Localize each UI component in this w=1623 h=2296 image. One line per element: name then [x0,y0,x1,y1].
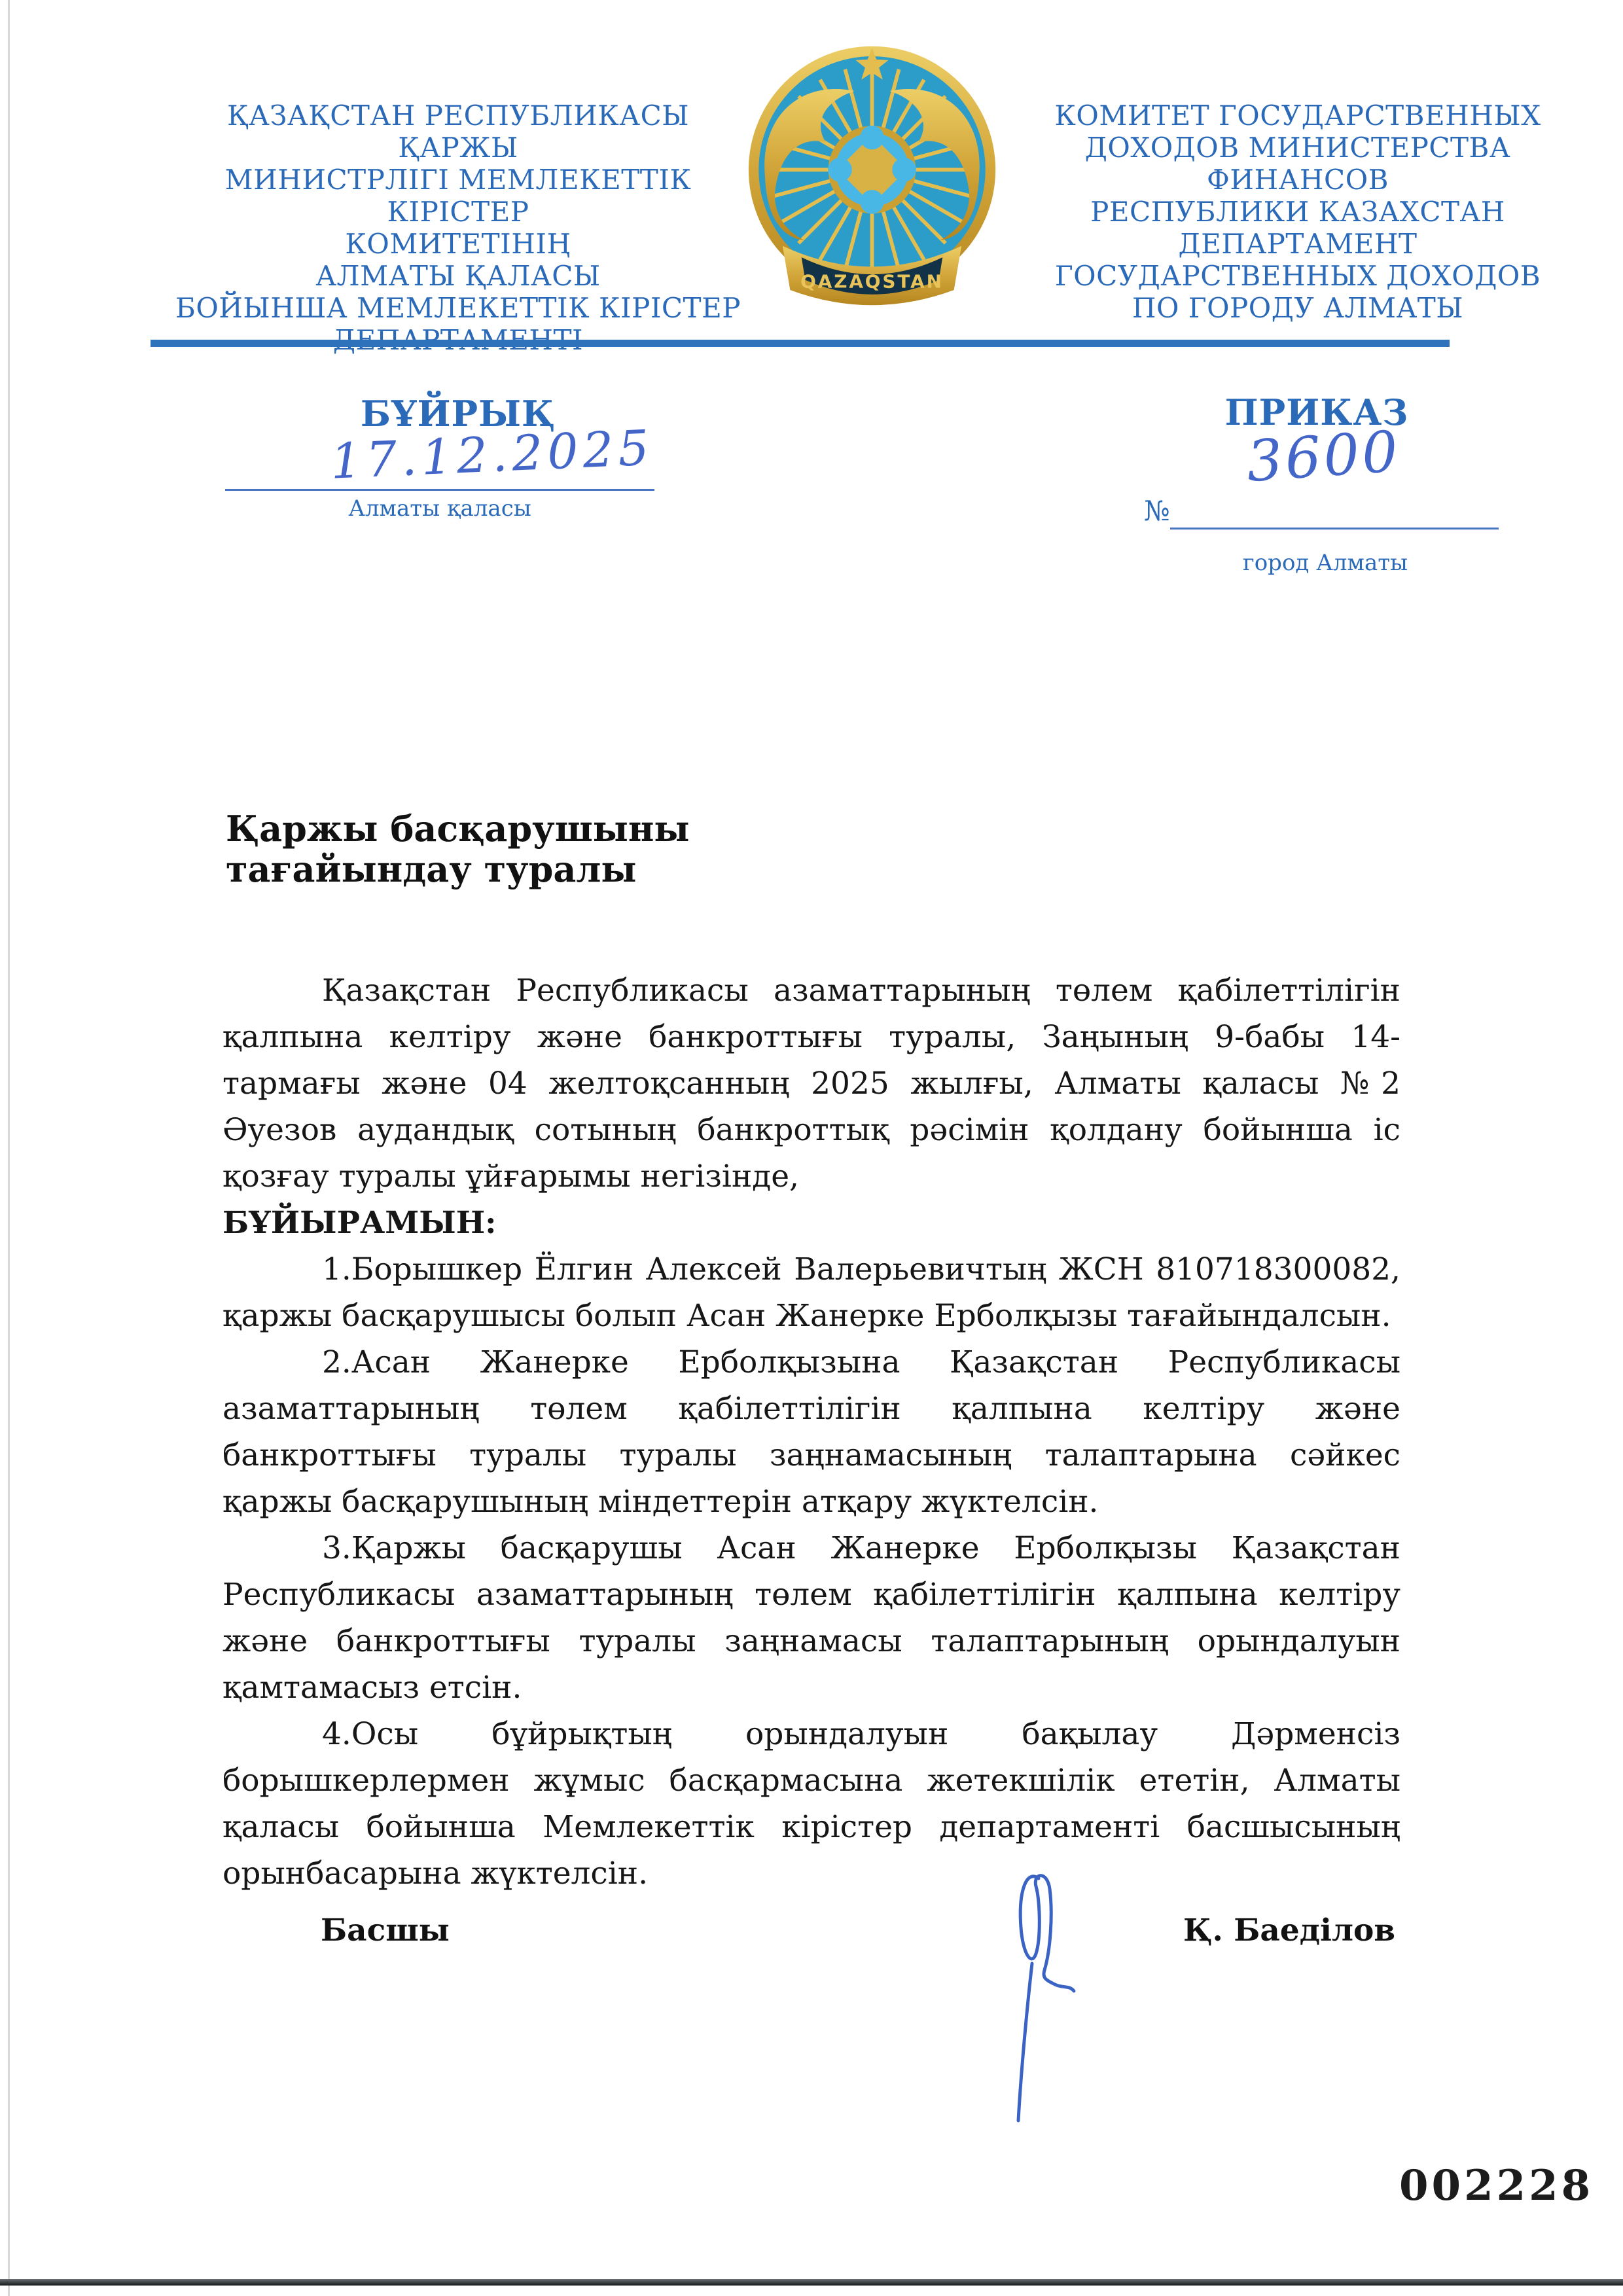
org-kk-line: БОЙЫНША МЕМЛЕКЕТТІК КІРІСТЕР [175,292,741,324]
order-item-3: 3.Қаржы басқарушы Асан Жанерке Ерболқызы… [223,1525,1400,1711]
number-underline [1170,528,1499,529]
org-kk-line: ҚАЗАҚСТАН РЕСПУБЛИКАСЫ ҚАРЖЫ [175,99,741,164]
place-label-kazakh: Алматы қаласы [225,495,654,522]
order-body: Қазақстан Республикасы азаматтарының төл… [223,967,1400,1897]
emblem-banner-text: QAZAQSTAN [800,270,944,292]
org-ru-line: ДОХОДОВ МИНИСТЕРСТВА ФИНАНСОВ [1021,132,1575,196]
kazakhstan-coat-of-arms-icon: QAZAQSTAN [746,41,998,309]
order-item-2: 2.Асан Жанерке Ерболқызына Қазақстан Рес… [223,1339,1400,1525]
scan-edge-left [8,0,10,2296]
org-ru-line: КОМИТЕТ ГОСУДАРСТВЕННЫХ [1021,99,1575,132]
signer-name: Қ. Баеділов [1183,1912,1395,1948]
letterhead-divider-rule [151,340,1450,347]
document-title: Қаржы басқарушыны тағайындау туралы [226,808,1011,889]
numero-sign: № [1144,495,1170,527]
order-item-1: 1.Борышкер Ёлгин Алексей Валерьевичтың Ж… [223,1246,1400,1339]
resolution-word: БҰЙЫРАМЫН: [223,1200,1400,1246]
document-title-line1: Қаржы басқарушыны [226,808,1011,849]
org-ru-line: ГОСУДАРСТВЕННЫХ ДОХОДОВ [1021,260,1575,292]
date-underline [225,489,654,491]
place-label-russian: город Алматы [1162,550,1489,576]
scan-edge-bottom [0,2279,1623,2286]
org-ru-line: ПО ГОРОДУ АЛМАТЫ [1021,292,1575,324]
org-ru-line: РЕСПУБЛИКИ КАЗАХСТАН [1021,196,1575,228]
document-title-line2: тағайындау туралы [226,849,1011,889]
org-kk-line: МИНИСТРЛІГІ МЕМЛЕКЕТТІК КІРІСТЕР [175,164,741,228]
handwritten-order-number: 3600 [1245,419,1402,495]
issuer-name-kazakh: ҚАЗАҚСТАН РЕСПУБЛИКАСЫ ҚАРЖЫ МИНИСТРЛІГІ… [175,99,741,356]
org-ru-line: ДЕПАРТАМЕНТ [1021,228,1575,260]
scanned-order-page: ҚАЗАҚСТАН РЕСПУБЛИКАСЫ ҚАРЖЫ МИНИСТРЛІГІ… [0,0,1623,2296]
form-serial-number: 002228 [1399,2161,1594,2210]
handwritten-signature [974,1864,1118,2126]
org-kk-line: КОМИТЕТІНІҢ [175,228,741,260]
signer-position-label: Басшы [321,1912,450,1948]
issuer-name-russian: КОМИТЕТ ГОСУДАРСТВЕННЫХ ДОХОДОВ МИНИСТЕР… [1021,99,1575,324]
order-item-4: 4.Осы бұйрықтың орындалуын бақылау Дәрме… [223,1711,1400,1897]
org-kk-line: АЛМАТЫ ҚАЛАСЫ [175,260,741,292]
preamble-paragraph: Қазақстан Республикасы азаматтарының төл… [223,967,1400,1200]
